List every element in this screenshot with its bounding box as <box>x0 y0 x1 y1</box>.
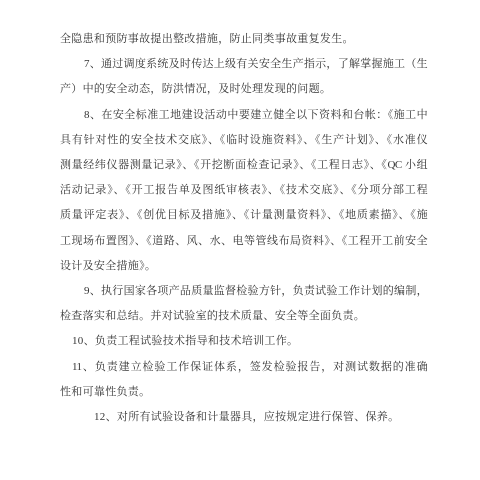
text-line: 10、负责工程试验技术指导和技术培训工作。 <box>60 329 427 354</box>
text-line: 质量评定表》、《创优目标及措施》、《计量测量资料》、《地质素描》、《施 <box>60 203 427 228</box>
document-body: 全隐患和预防事故提出整改措施，防止同类事故重复发生。 7、通过调度系统及时传达上… <box>0 0 480 430</box>
text-line: 测量经纬仪器测量记录》、《开挖断面检查记录》、《工程日志》、《QC 小组 <box>60 153 427 178</box>
text-line: 检查落实和总结。并对试验室的技术质量、安全等全面负责。 <box>60 304 427 329</box>
text-line: 产）中的安全动态，防洪情况，及时处理发现的问题。 <box>60 77 427 102</box>
text-line: 9、执行国家各项产品质量监督检验方针，负责试验工作计划的编制， <box>60 279 427 304</box>
text-line: 具有针对性的安全技术交底》、《临时设施资料》、《生产计划》、《水准仪 <box>60 128 427 153</box>
text-line: 活动记录》、《开工报告单及图纸审核表》、《技术交底》、《分项分部工程 <box>60 178 427 203</box>
text-line: 12、对所有试验设备和计量器具，应按规定进行保管、保养。 <box>60 405 427 430</box>
text-line: 设计及安全措施》。 <box>60 254 427 279</box>
document-page: 全隐患和预防事故提出整改措施，防止同类事故重复发生。 7、通过调度系统及时传达上… <box>0 0 480 480</box>
text-line: 11、负责建立检验工作保证体系，签发检验报告，对测试数据的准确 <box>60 355 427 380</box>
text-line: 7、通过调度系统及时传达上级有关安全生产指示，了解掌握施工（生 <box>60 52 427 77</box>
text-line: 工现场布置图》、《道路、风、水、电等管线布局资料》、《工程开工前安全 <box>60 229 427 254</box>
text-line: 8、在安全标准工地建设活动中要建立健全以下资料和台帐：《施工中 <box>60 103 427 128</box>
text-line: 性和可靠性负责。 <box>60 380 427 405</box>
text-line: 全隐患和预防事故提出整改措施，防止同类事故重复发生。 <box>60 27 427 52</box>
